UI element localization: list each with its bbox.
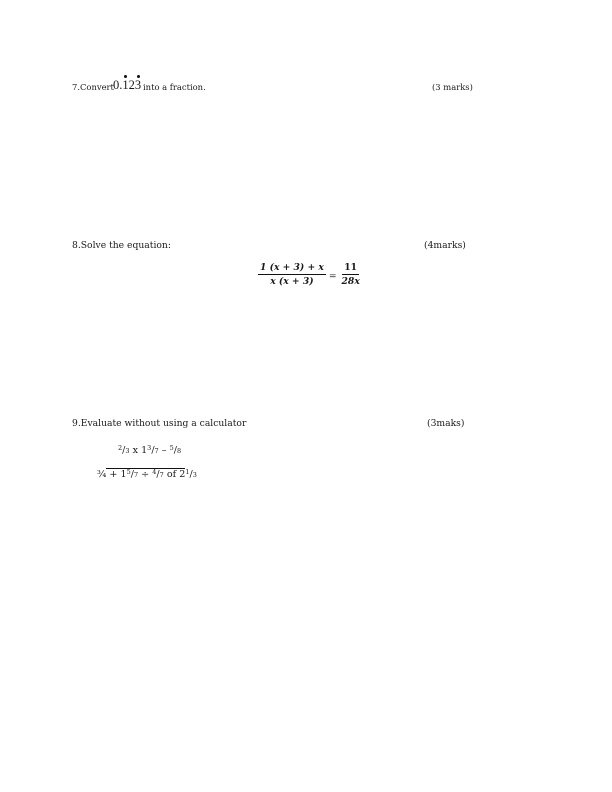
- expression-numerator: 2/3 x 13/7 – 5/8: [118, 444, 181, 456]
- fraction-bar: + 15/7 ÷ 4/7 of 2: [106, 468, 185, 480]
- question-7-marks: (3 marks): [432, 82, 473, 92]
- question-7-prompt: 7.Convert: [72, 82, 114, 92]
- recurring-decimal: 0.123: [113, 78, 141, 93]
- question-9-marks: (3maks): [427, 418, 465, 429]
- question-8-marks: (4marks): [424, 240, 466, 251]
- expression-denominator: ¾ + 15/7 ÷ 4/7 of 21/3: [97, 468, 197, 480]
- left-denominator: x (x + 3): [268, 275, 315, 287]
- recurring-digit-3: 3: [135, 78, 141, 93]
- question-9-prompt: 9.Evaluate without using a calculator: [72, 418, 246, 429]
- question-7-suffix: into a fraction.: [143, 82, 206, 92]
- left-fraction: 1 (x + 3) + x x (x + 3): [258, 262, 326, 287]
- equation: 1 (x + 3) + x x (x + 3) = 11 28x: [258, 262, 362, 287]
- recurring-decimal-whole: 0.: [113, 78, 122, 92]
- right-fraction: 11 28x: [340, 262, 362, 287]
- recurring-dot-icon: [137, 75, 140, 78]
- question-8-prompt: 8.Solve the equation:: [72, 240, 171, 251]
- left-numerator: 1 (x + 3) + x: [258, 262, 326, 275]
- right-denominator: 28x: [340, 275, 362, 287]
- right-numerator: 11: [342, 262, 359, 275]
- equals-sign: =: [329, 267, 337, 282]
- recurring-dot-icon: [124, 75, 127, 78]
